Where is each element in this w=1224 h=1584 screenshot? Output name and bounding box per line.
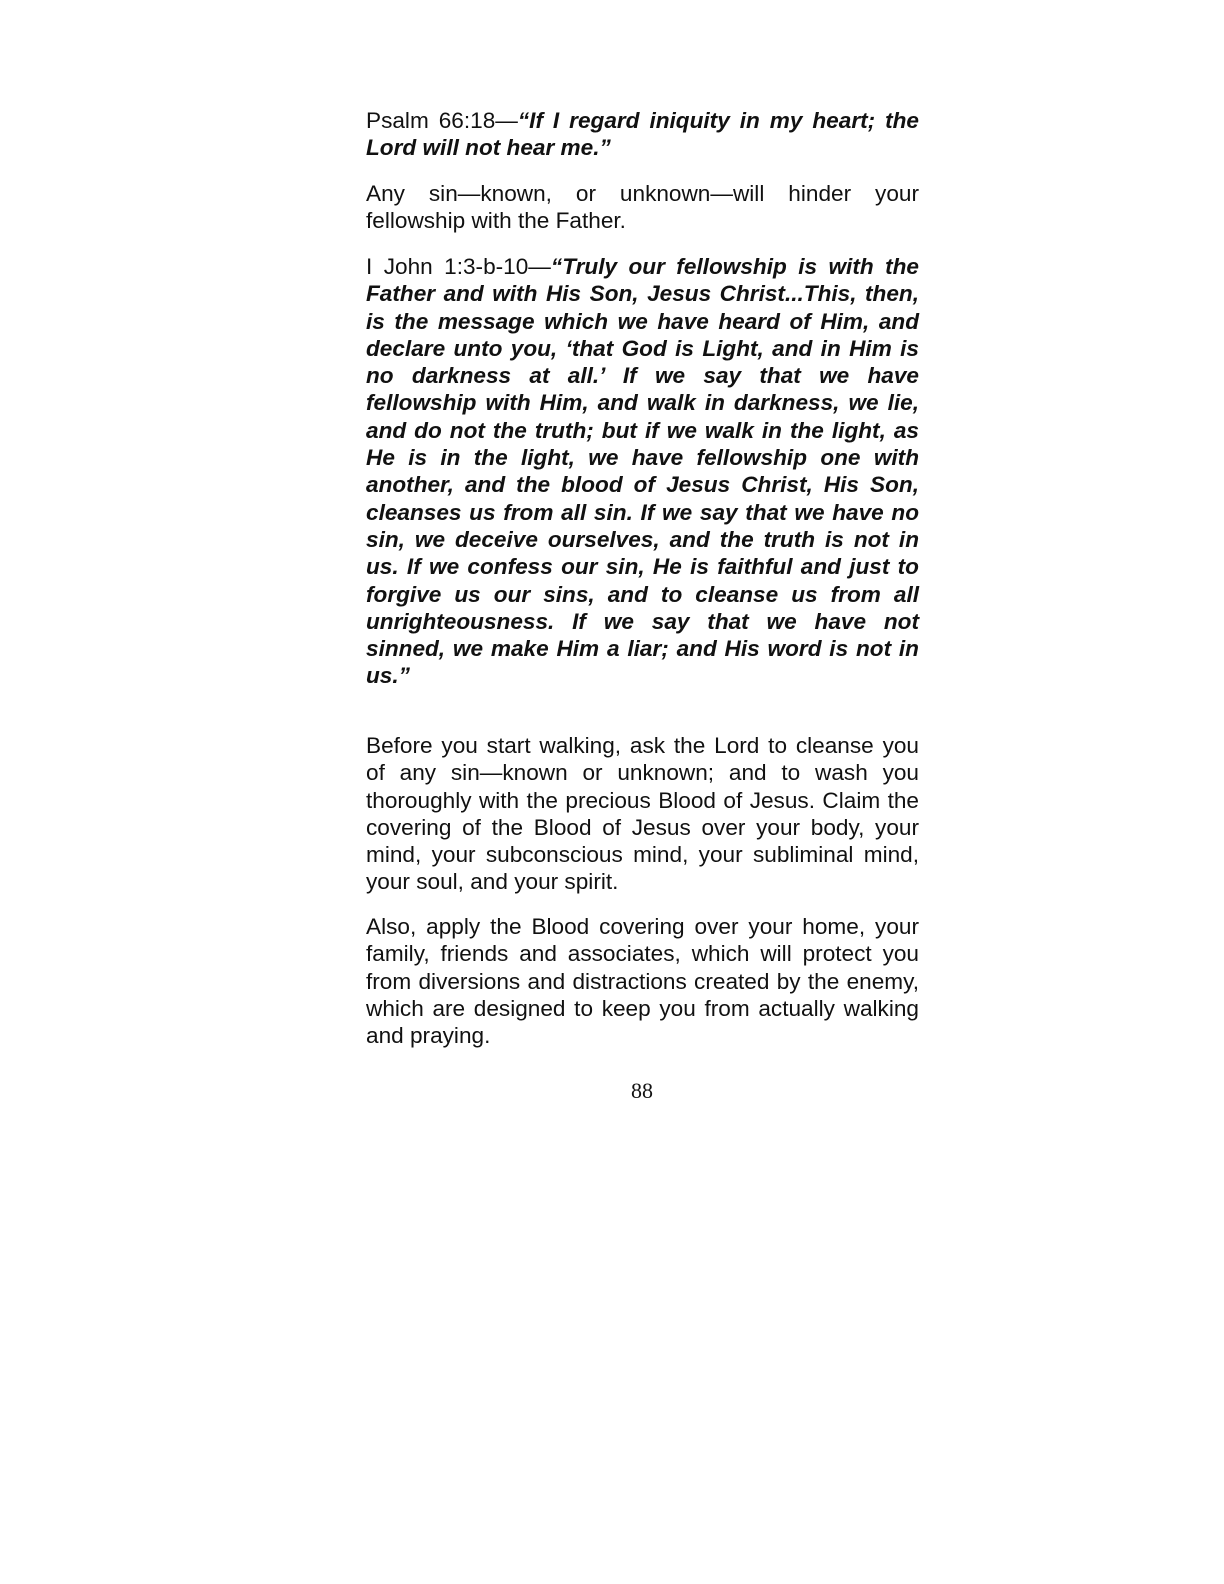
- scripture-reference: Psalm 66:18—: [366, 108, 518, 133]
- body-paragraph-before-walking: Before you start walking, ask the Lord t…: [366, 732, 919, 896]
- scripture-quote: “Truly our fellowship is with the Father…: [366, 254, 919, 688]
- body-paragraph-sin-hinders: Any sin—known, or unknown—will hinder yo…: [366, 180, 919, 235]
- scripture-1-john-1: I John 1:3-b-10—“Truly our fellowship is…: [366, 253, 919, 690]
- body-paragraph-blood-covering: Also, apply the Blood covering over your…: [366, 913, 919, 1049]
- page-number: 88: [0, 1078, 1224, 1104]
- scripture-psalm-66-18: Psalm 66:18—“If I regard iniquity in my …: [366, 107, 919, 162]
- scripture-reference: I John 1:3-b-10—: [366, 254, 551, 279]
